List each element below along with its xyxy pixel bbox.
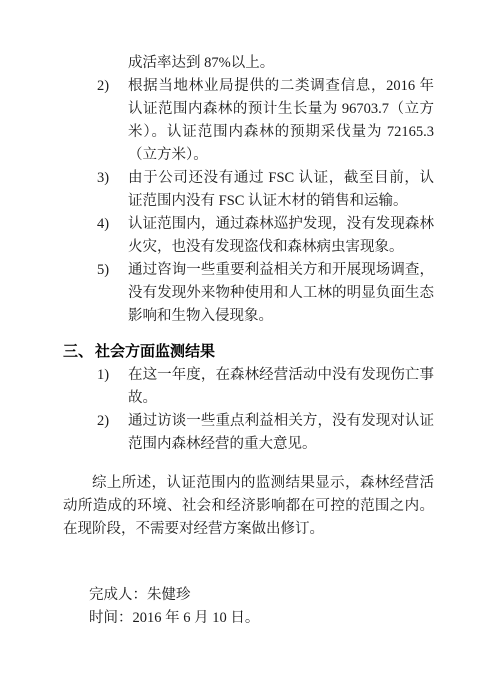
item-text: 由于公司还没有通过 FSC 认证，截至目前，认证范围内没有 FSC 认证木材的销… xyxy=(128,167,434,213)
document-page: 成活率达到 87%以上。 2) 根据当地林业局提供的二类调查信息，2016 年认… xyxy=(0,0,501,698)
section-heading: 三、 社会方面监测结果 xyxy=(63,341,434,364)
list-item-1-continuation-line: 成活率达到 87%以上。 xyxy=(128,52,434,75)
env-list-item-3: 3) 由于公司还没有通过 FSC 认证，截至目前，认证范围内没有 FSC 认证木… xyxy=(63,167,434,213)
signoff-block: 完成人：朱健珍 时间：2016 年 6 月 10 日。 xyxy=(89,584,434,630)
item-number: 4) xyxy=(97,213,128,236)
item-number: 1) xyxy=(97,364,128,387)
item-text: 根据当地林业局提供的二类调查信息，2016 年认证范围内森林的预计生长量为 96… xyxy=(128,75,434,167)
env-list-item-4: 4) 认证范围内，通过森林巡护发现，没有发现森林火灾，也没有发现盗伐和森林病虫害… xyxy=(63,213,434,259)
item-text: 通过咨询一些重要利益相关方和开展现场调查，没有发现外来物种使用和人工林的明显负面… xyxy=(128,259,434,328)
item-text: 通过访谈一些重点利益相关方，没有发现对认证范围内森林经营的重大意见。 xyxy=(128,410,434,456)
item-text: 在这一年度，在森林经营活动中没有发现伤亡事故。 xyxy=(128,364,434,410)
page-content: 成活率达到 87%以上。 2) 根据当地林业局提供的二类调查信息，2016 年认… xyxy=(63,52,434,630)
social-list-item-1: 1) 在这一年度，在森林经营活动中没有发现伤亡事故。 xyxy=(63,364,434,410)
summary-paragraph: 综上所述，认证范围内的监测结果显示，森林经营活动所造成的环境、社会和经济影响都在… xyxy=(63,472,434,541)
section-title: 社会方面监测结果 xyxy=(95,341,215,364)
section-number: 三、 xyxy=(63,341,95,364)
signoff-date-line: 时间：2016 年 6 月 10 日。 xyxy=(89,607,434,630)
item-text: 认证范围内，通过森林巡护发现，没有发现森林火灾，也没有发现盗伐和森林病虫害现象。 xyxy=(128,213,434,259)
item-number: 2) xyxy=(97,75,128,98)
item-number: 2) xyxy=(97,410,128,433)
env-list-item-5: 5) 通过咨询一些重要利益相关方和开展现场调查，没有发现外来物种使用和人工林的明… xyxy=(63,259,434,328)
item-number: 5) xyxy=(97,259,128,282)
social-list-item-2: 2) 通过访谈一些重点利益相关方，没有发现对认证范围内森林经营的重大意见。 xyxy=(63,410,434,456)
item-number: 3) xyxy=(97,167,128,190)
signoff-author-line: 完成人：朱健珍 xyxy=(89,584,434,607)
env-list-item-2: 2) 根据当地林业局提供的二类调查信息，2016 年认证范围内森林的预计生长量为… xyxy=(63,75,434,167)
